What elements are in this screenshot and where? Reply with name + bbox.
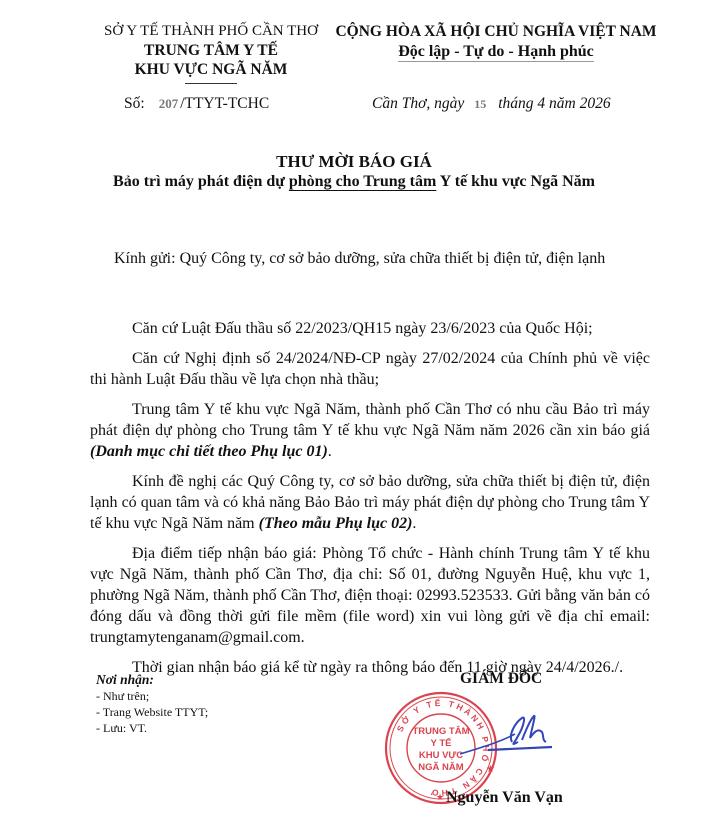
date-suffix: tháng 4 năm 2026 — [498, 95, 610, 112]
salutation: Kính gửi: Quý Công ty, cơ sở bảo dưỡng, … — [114, 250, 605, 268]
svg-text:★: ★ — [486, 764, 495, 775]
signatory-name: Nguyễn Văn Vạn — [446, 789, 563, 807]
document-date: Cần Thơ, ngày15tháng 4 năm 2026 — [372, 95, 611, 113]
svg-text:★: ★ — [436, 792, 444, 802]
svg-text:Y TẾ: Y TẾ — [431, 738, 452, 749]
handwritten-signature — [460, 712, 560, 757]
paragraph-end-mark: . — [328, 443, 332, 460]
document-number-suffix: /TTYT-TCHC — [180, 95, 269, 112]
document-title: THƯ MỜI BÁO GIÁ — [0, 152, 708, 172]
letter-body: Căn cứ Luật Đấu thầu số 22/2023/QH15 ngà… — [90, 318, 650, 687]
svg-text:KHU VỰC: KHU VỰC — [419, 750, 463, 761]
organization-name-line2: KHU VỰC NGÃ NĂM — [80, 60, 342, 79]
recipients-heading: Nơi nhận: — [96, 672, 208, 688]
nation-name: CỘNG HÒA XÃ HỘI CHỦ NGHĨA VIỆT NAM — [328, 22, 664, 42]
appendix-02-reference: (Theo mẫu Phụ lục 02) — [259, 515, 413, 532]
svg-text:NGÃ NĂM: NGÃ NĂM — [418, 762, 463, 773]
signature-stroke-icon — [460, 712, 560, 757]
paragraph-request: Trung tâm Y tế khu vực Ngã Năm, thành ph… — [90, 399, 650, 462]
paragraph-submission-location: Địa điểm tiếp nhận báo giá: Phòng Tổ chứ… — [90, 543, 650, 648]
department-name: SỞ Y TẾ THÀNH PHỐ CẦN THƠ — [80, 22, 342, 41]
header-divider — [185, 83, 237, 84]
subtitle-underlined: phòng cho Trung tâm — [289, 173, 436, 190]
date-day: 15 — [474, 97, 486, 111]
paragraph-legal-basis-2: Căn cứ Nghị định số 24/2024/NĐ-CP ngày 2… — [90, 348, 650, 390]
recipient-item: - Như trên; — [96, 688, 208, 704]
recipients-list: Nơi nhận: - Như trên; - Trang Website TT… — [96, 672, 208, 736]
paragraph-legal-basis-1: Căn cứ Luật Đấu thầu số 22/2023/QH15 ngà… — [90, 318, 650, 339]
subtitle-part1: Bảo trì máy phát điện dự — [113, 173, 289, 190]
paragraph-invitation: Kính đề nghị các Quý Công ty, cơ sở bảo … — [90, 471, 650, 534]
signatory-title: GIÁM ĐỐC — [460, 670, 542, 688]
document-subtitle: Bảo trì máy phát điện dự phòng cho Trung… — [0, 173, 708, 191]
document-number-label: Số: — [124, 95, 145, 112]
subtitle-part3: Y tế khu vực Ngã Năm — [436, 173, 595, 190]
recipient-item: - Lưu: VT. — [96, 720, 208, 736]
document-number-value: 207 — [159, 96, 179, 111]
appendix-01-reference: (Danh mục chi tiết theo Phụ lục 01) — [90, 443, 328, 460]
national-header-block: CỘNG HÒA XÃ HỘI CHỦ NGHĨA VIỆT NAM Độc l… — [328, 22, 664, 62]
paragraph-request-text: Trung tâm Y tế khu vực Ngã Năm, thành ph… — [90, 401, 650, 439]
organization-name-line1: TRUNG TÂM Y TẾ — [80, 41, 342, 60]
date-prefix: Cần Thơ, ngày — [372, 95, 464, 112]
document-number: Số:207/TTYT-TCHC — [124, 95, 269, 113]
issuing-authority-block: SỞ Y TẾ THÀNH PHỐ CẦN THƠ TRUNG TÂM Y TẾ… — [80, 22, 342, 84]
paragraph-end-mark: . — [412, 515, 416, 532]
recipient-item: - Trang Website TTYT; — [96, 704, 208, 720]
national-motto: Độc lập - Tự do - Hạnh phúc — [398, 42, 594, 62]
